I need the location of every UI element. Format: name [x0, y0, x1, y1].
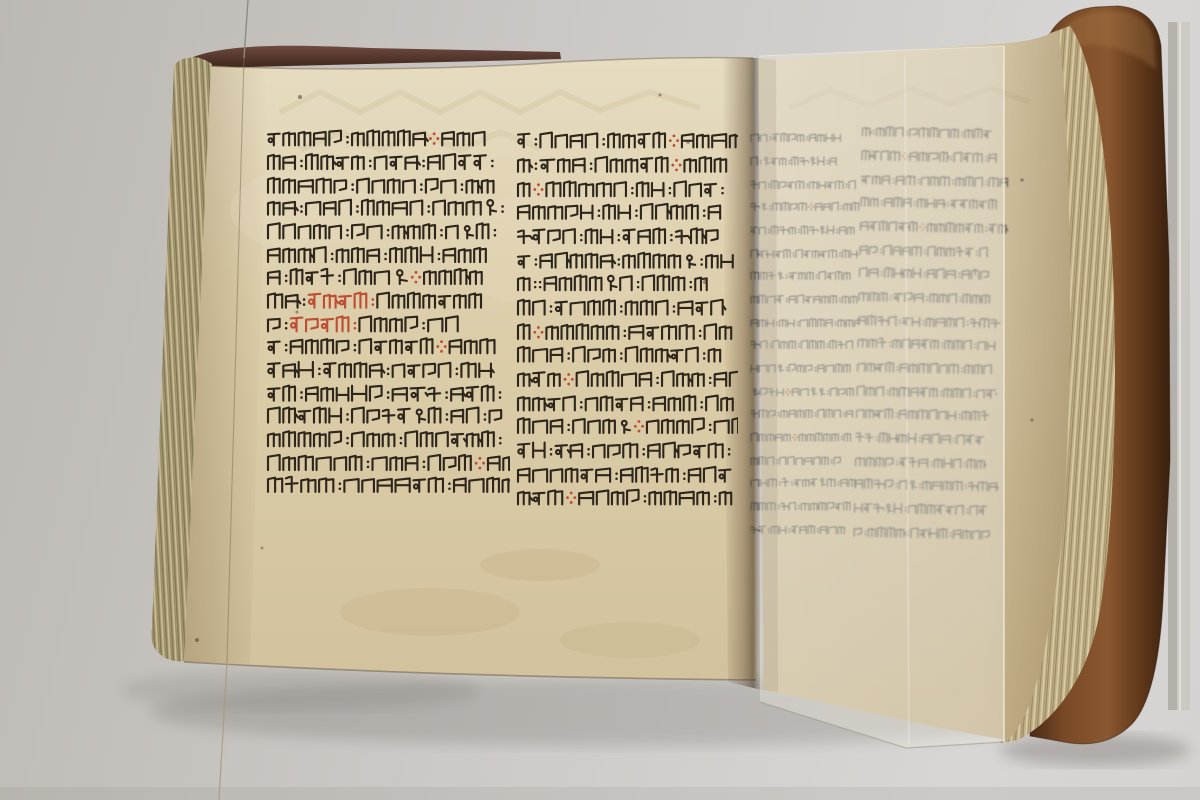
photo-stage — [0, 0, 1200, 800]
table-seam — [0, 787, 1200, 800]
plexiglass-cradle-edge — [1168, 22, 1190, 710]
right-page-column-2-text — [849, 112, 1012, 563]
left-page-column-2-text — [510, 120, 738, 520]
right-page-column-1-text — [746, 118, 860, 546]
left-page-column-1-text — [258, 116, 510, 508]
